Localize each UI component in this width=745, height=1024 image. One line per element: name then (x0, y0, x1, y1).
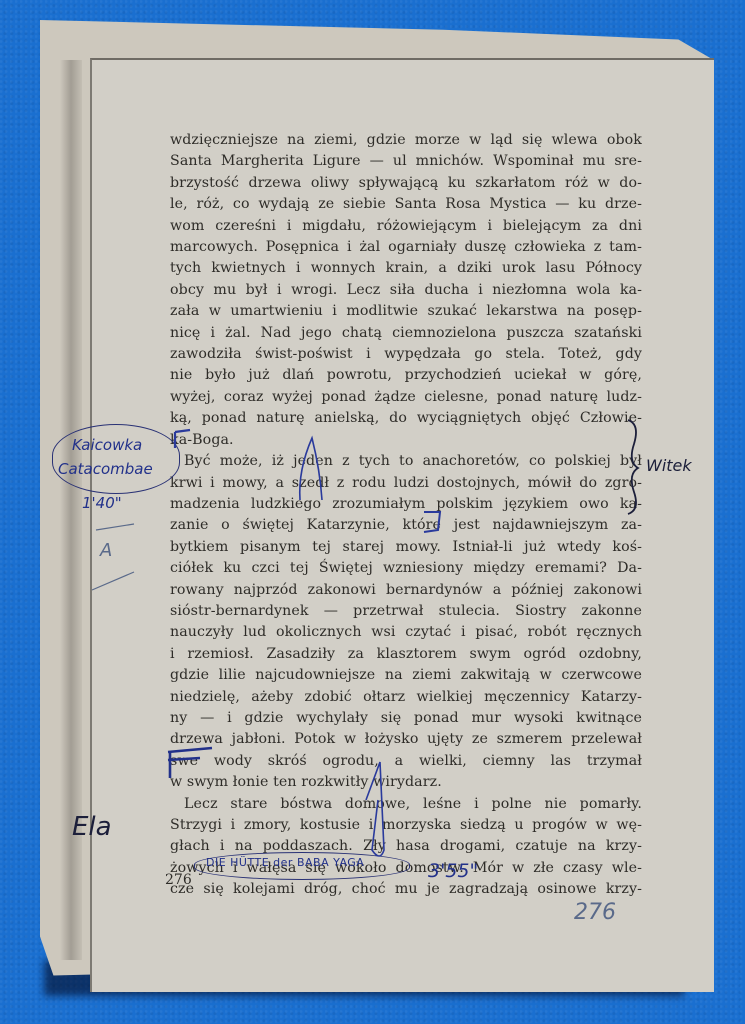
annotation-pencil-mark: A (100, 540, 112, 561)
text-line: tych kwietnych i wonnych krain, a dziki … (170, 258, 642, 279)
text-line: swe wody skróś ogrodu, a wielki, ciemny … (170, 751, 642, 772)
annotation-bottom-duration: 3'55" (428, 860, 478, 882)
annotation-handwritten-page-number: 276 (574, 900, 616, 925)
text-line: zanie o świętej Katarzynie, które jest n… (170, 515, 642, 536)
text-line: wom czereśni i migdału, różowiejącym i b… (170, 216, 642, 237)
text-line: niedzielę, ażeby zdobić ołtarz wielkiej … (170, 687, 642, 708)
annotation-bottom-oval-text: DIE HÜTTE der BABA YAGA (206, 856, 364, 869)
paragraph-1: wdzięczniejsze na ziemi, gdzie morze w l… (170, 130, 642, 451)
paragraph-2: Być może, iż jeden z tych to anachoretów… (170, 451, 642, 794)
text-line: wdzięczniejsze na ziemi, gdzie morze w l… (170, 130, 642, 151)
text-line: nicę i żal. Nad jego chatą ciemnozielona… (170, 323, 642, 344)
text-line: Być może, iż jeden z tych to anachoretów… (170, 451, 642, 472)
printed-text-body: wdzięczniejsze na ziemi, gdzie morze w l… (170, 130, 642, 901)
text-line: ką, ponad naturę anielską, do wyciągnięt… (170, 408, 642, 429)
text-line: ka-Boga. (170, 430, 642, 451)
text-line: marcowych. Posępnica i żal ogarniały dus… (170, 237, 642, 258)
text-line: Lecz stare bóstwa domowe, leśne i polne … (170, 794, 642, 815)
text-line: zała w umartwieniu i modlitwie szukać le… (170, 301, 642, 322)
text-line: madzenia ludzkiego zrozumiałym polskim j… (170, 494, 642, 515)
text-line: Santa Margherita Ligure — ul mnichów. Ws… (170, 151, 642, 172)
text-line: cze się kolejami dróg, choć mu je zagrad… (170, 879, 642, 900)
text-line: wyżej, coraz wyżej ponad żądze cielesne,… (170, 387, 642, 408)
text-line: zawodziła świst-poświst i wypędzała go s… (170, 344, 642, 365)
text-line: ciółek ku czci tej Świętej wzniesiony mi… (170, 558, 642, 579)
paragraph-3: Lecz stare bóstwa domowe, leśne i polne … (170, 794, 642, 901)
annotation-left-oval-line2: Catacombae (58, 460, 153, 478)
text-line: gdzie lilie najcudowniejsze na ziemi zak… (170, 665, 642, 686)
text-line: i rzemiosł. Zasadziły za klasztorem swym… (170, 644, 642, 665)
text-line: Strzygi i zmory, kostusie i morzyska sie… (170, 815, 642, 836)
text-line: nauczyły lud okolicznych wsi czytać i pi… (170, 622, 642, 643)
text-line: obcy mu był i wrogi. Lecz siła ducha i n… (170, 280, 642, 301)
text-line: krwi i mowy, a szedł z rodu ludzi dostoj… (170, 473, 642, 494)
annotation-left-duration: 1'40" (82, 494, 122, 512)
text-line: bytkiem pisanym tej starej mowy. Istniał… (170, 537, 642, 558)
annotation-signature-ela: Ela (72, 812, 112, 842)
text-line: ny — i gdzie wychylały się ponad mur wys… (170, 708, 642, 729)
text-line: brzystość drzewa oliwy spływającą ku szk… (170, 173, 642, 194)
text-line: le, róż, co wydają ze siebie Santa Rosa … (170, 194, 642, 215)
annotation-right-brace-label: Witek (646, 456, 692, 475)
annotation-oval-left (52, 424, 180, 494)
printed-page-number: 276 (165, 872, 192, 888)
text-line: sióstr-bernardynek — przetrwał stulecia.… (170, 601, 642, 622)
text-line: rowany najprzód zakonowi bernardynów a p… (170, 580, 642, 601)
annotation-left-oval-line1: Kaicowka (72, 436, 142, 454)
text-line: nie było już dlań powrotu, przychodzień … (170, 365, 642, 386)
text-line: drzewa jabłoni. Potok w łożysko ujęty ze… (170, 729, 642, 750)
text-line: w swym łonie ten rozkwitły wirydarz. (170, 772, 642, 793)
